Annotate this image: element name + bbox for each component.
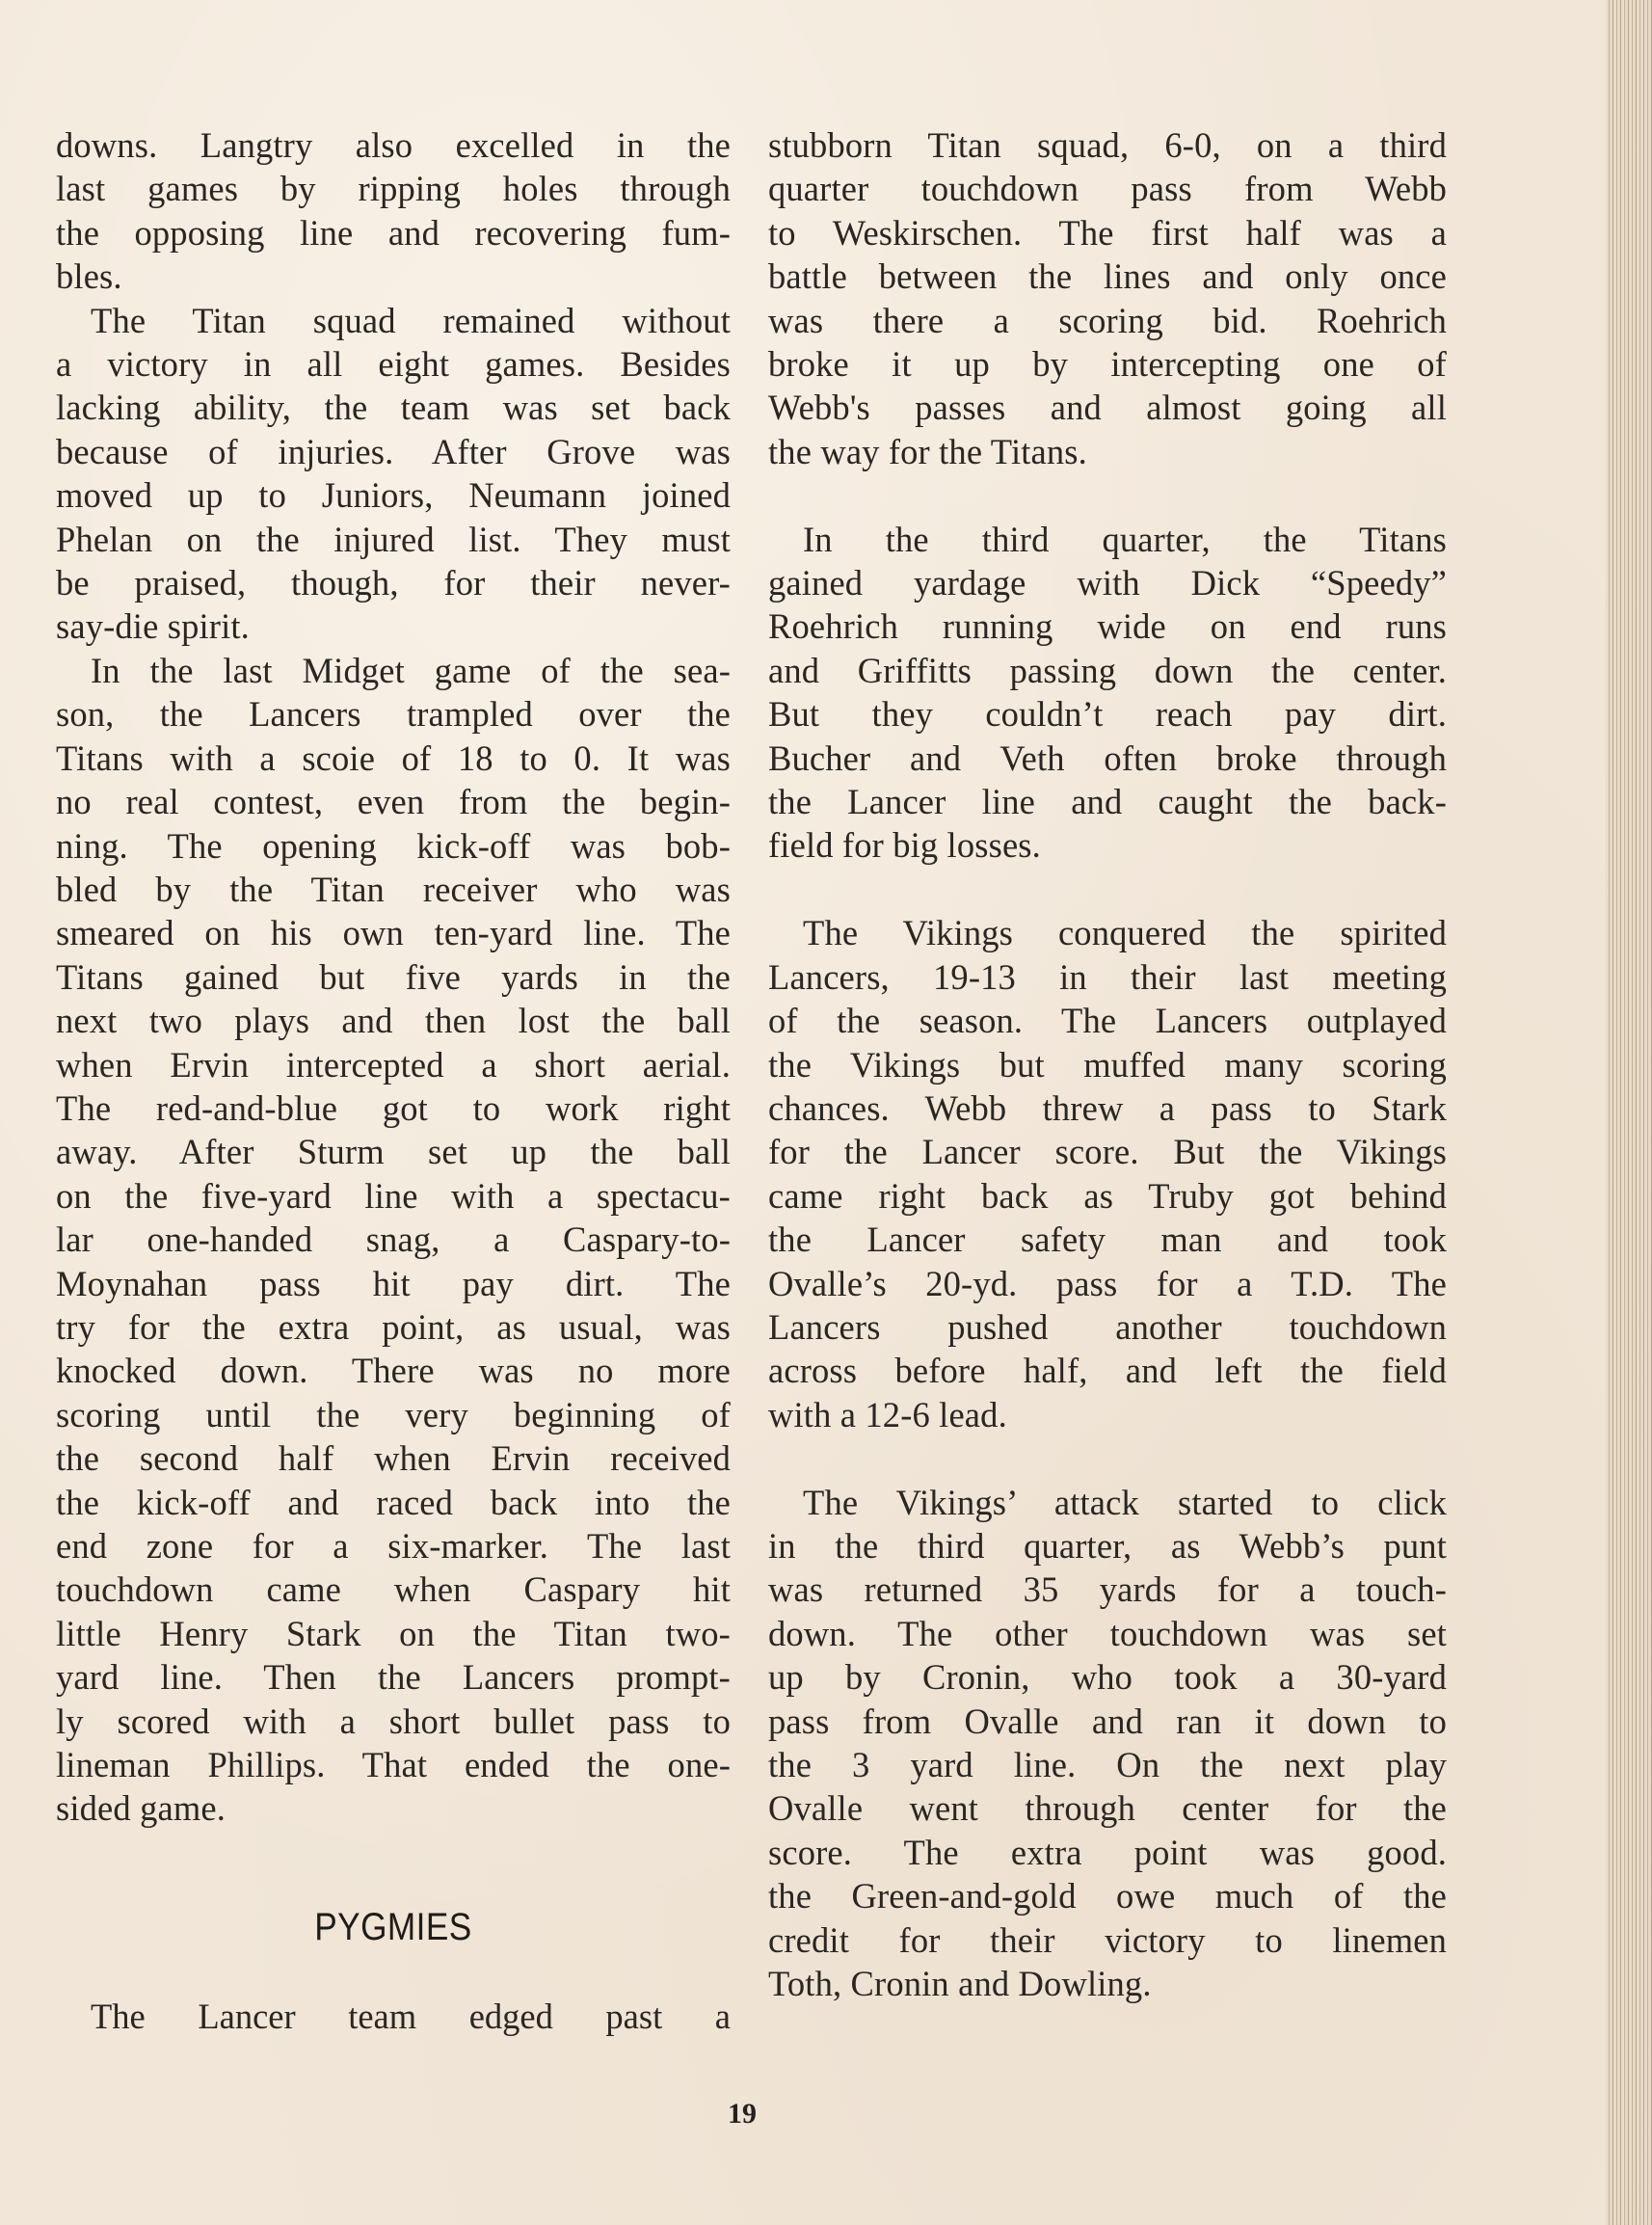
text-line: last games by ripping holes through	[56, 167, 731, 210]
right-column: stubborn Titan squad, 6-0, on a third qu…	[768, 123, 1447, 2005]
text-line: The red-and-blue got to work right	[56, 1086, 731, 1130]
text-line: with a 12-6 lead.	[768, 1393, 1447, 1436]
text-line: in the third quarter, as Webb’s punt	[768, 1524, 1447, 1568]
scanned-page: downs. Langtry also excelled in the last…	[0, 0, 1652, 2225]
text-line: was there a scoring bid. Roehrich	[768, 299, 1447, 342]
text-line: chances. Webb threw a pass to Stark	[768, 1086, 1447, 1130]
paragraph-stubborn-titan: stubborn Titan squad, 6-0, on a third qu…	[768, 123, 1447, 473]
text-line: the Green-and-gold owe much of the	[768, 1874, 1447, 1917]
page-number: 19	[723, 2098, 761, 2131]
text-line: scoring until the very beginning of	[56, 1393, 731, 1436]
text-line: the 3 yard line. On the next play	[768, 1743, 1447, 1786]
paragraph-gap	[768, 473, 1447, 517]
text-line: bles.	[56, 255, 731, 298]
text-line: a victory in all eight games. Besides	[56, 342, 731, 386]
text-line: say-die spirit.	[56, 604, 731, 648]
text-line: touchdown came when Caspary hit	[56, 1568, 731, 1611]
text-line: knocked down. There was no more	[56, 1349, 731, 1392]
text-line: Webb's passes and almost going all	[768, 386, 1447, 429]
text-line: next two plays and then lost the ball	[56, 999, 731, 1042]
paragraph-last-midget-game: In the last Midget game of the sea- son,…	[56, 649, 731, 1831]
text-line: lineman Phillips. That ended the one-	[56, 1743, 731, 1786]
text-line: end zone for a six-marker. The last	[56, 1524, 731, 1568]
text-line: Ovalle went through center for the	[768, 1786, 1447, 1830]
text-line: Roehrich running wide on end runs	[768, 604, 1447, 648]
text-line: battle between the lines and only once	[768, 255, 1447, 298]
text-line: son, the Lancers trampled over the	[56, 692, 731, 736]
text-line: up by Cronin, who took a 30-yard	[768, 1655, 1447, 1699]
text-line: lar one-handed snag, a Caspary-to-	[56, 1218, 731, 1261]
text-line: quarter touchdown pass from Webb	[768, 167, 1447, 210]
paragraph-gap	[768, 868, 1447, 911]
text-line: the kick-off and raced back into the	[56, 1481, 731, 1524]
text-line: pass from Ovalle and ran it down to	[768, 1700, 1447, 1743]
text-line: because of injuries. After Grove was	[56, 430, 731, 473]
page-edge-binding	[1606, 0, 1652, 2225]
text-line: The Titan squad remained without	[56, 299, 731, 342]
text-line: the second half when Ervin received	[56, 1436, 731, 1480]
text-line: stubborn Titan squad, 6-0, on a third	[768, 123, 1447, 167]
paragraph-titan-squad: The Titan squad remained without a victo…	[56, 299, 731, 649]
text-line: The Vikings conquered the spirited	[768, 911, 1447, 954]
text-line: moved up to Juniors, Neumann joined	[56, 473, 731, 517]
text-line: the Lancer line and caught the back-	[768, 780, 1447, 823]
left-column: downs. Langtry also excelled in the last…	[56, 123, 731, 1831]
text-line: Lancers, 19-13 in their last meeting	[768, 955, 1447, 999]
paragraph-third-quarter-titans: In the third quarter, the Titans gained …	[768, 518, 1447, 868]
text-line: ning. The opening kick-off was bob-	[56, 824, 731, 868]
text-line: away. After Sturm set up the ball	[56, 1130, 731, 1173]
text-line: the Lancer safety man and took	[768, 1218, 1447, 1261]
text-line: field for big losses.	[768, 823, 1447, 867]
text-line: Lancers pushed another touchdown	[768, 1305, 1447, 1349]
paragraph-vikings-attack: The Vikings’ attack started to click in …	[768, 1481, 1447, 2006]
text-line: broke it up by intercepting one of	[768, 342, 1447, 386]
text-line: of the season. The Lancers outplayed	[768, 999, 1447, 1042]
text-line: ly scored with a short bullet pass to	[56, 1700, 731, 1743]
text-line: The Lancer team edged past a	[56, 1995, 731, 2038]
text-line: yard line. Then the Lancers prompt-	[56, 1655, 731, 1699]
text-line: when Ervin intercepted a short aerial.	[56, 1043, 731, 1086]
text-line: and Griffitts passing down the center.	[768, 649, 1447, 692]
text-line: Titans gained but five yards in the	[56, 955, 731, 999]
text-line: credit for their victory to linemen	[768, 1918, 1447, 1962]
text-line: Toth, Cronin and Dowling.	[768, 1962, 1447, 2005]
text-line: Ovalle’s 20-yd. pass for a T.D. The	[768, 1262, 1447, 1305]
text-line: the way for the Titans.	[768, 430, 1447, 473]
text-line: for the Lancer score. But the Vikings	[768, 1130, 1447, 1173]
text-line: downs. Langtry also excelled in the	[56, 123, 731, 167]
text-line: down. The other touchdown was set	[768, 1612, 1447, 1655]
text-line: In the last Midget game of the sea-	[56, 649, 731, 692]
text-line: The Vikings’ attack started to click	[768, 1481, 1447, 1524]
paragraph-vikings-conquered: The Vikings conquered the spirited Lance…	[768, 911, 1447, 1436]
text-line: the opposing line and recovering fum-	[56, 211, 731, 255]
text-line: bled by the Titan receiver who was	[56, 868, 731, 911]
paragraph-lancer-team-start: The Lancer team edged past a	[56, 1995, 731, 2038]
text-line: Bucher and Veth often broke through	[768, 737, 1447, 780]
text-line: sided game.	[56, 1786, 731, 1830]
text-line: Moynahan pass hit pay dirt. The	[56, 1262, 731, 1305]
text-line: lacking ability, the team was set back	[56, 386, 731, 429]
paragraph-langtry: downs. Langtry also excelled in the last…	[56, 123, 731, 299]
text-line: to Weskirschen. The first half was a	[768, 211, 1447, 255]
text-line: try for the extra point, as usual, was	[56, 1305, 731, 1349]
text-line: be praised, though, for their never-	[56, 561, 731, 604]
text-line: the Vikings but muffed many scoring	[768, 1043, 1447, 1086]
text-line: Titans with a scoie of 18 to 0. It was	[56, 737, 731, 780]
text-line: Phelan on the injured list. They must	[56, 518, 731, 561]
text-line: across before half, and left the field	[768, 1349, 1447, 1392]
text-line: smeared on his own ten-yard line. The	[56, 911, 731, 954]
text-line: on the five-yard line with a spectacu-	[56, 1174, 731, 1218]
text-line: gained yardage with Dick “Speedy”	[768, 561, 1447, 604]
text-line: score. The extra point was good.	[768, 1831, 1447, 1874]
text-line: was returned 35 yards for a touch-	[768, 1568, 1447, 1611]
text-line: came right back as Truby got behind	[768, 1174, 1447, 1218]
text-line: little Henry Stark on the Titan two-	[56, 1612, 731, 1655]
text-line: In the third quarter, the Titans	[768, 518, 1447, 561]
section-heading: PYGMIES	[96, 1906, 690, 1949]
text-line: no real contest, even from the begin-	[56, 780, 731, 823]
paragraph-gap	[768, 1436, 1447, 1480]
text-line: But they couldn’t reach pay dirt.	[768, 692, 1447, 736]
